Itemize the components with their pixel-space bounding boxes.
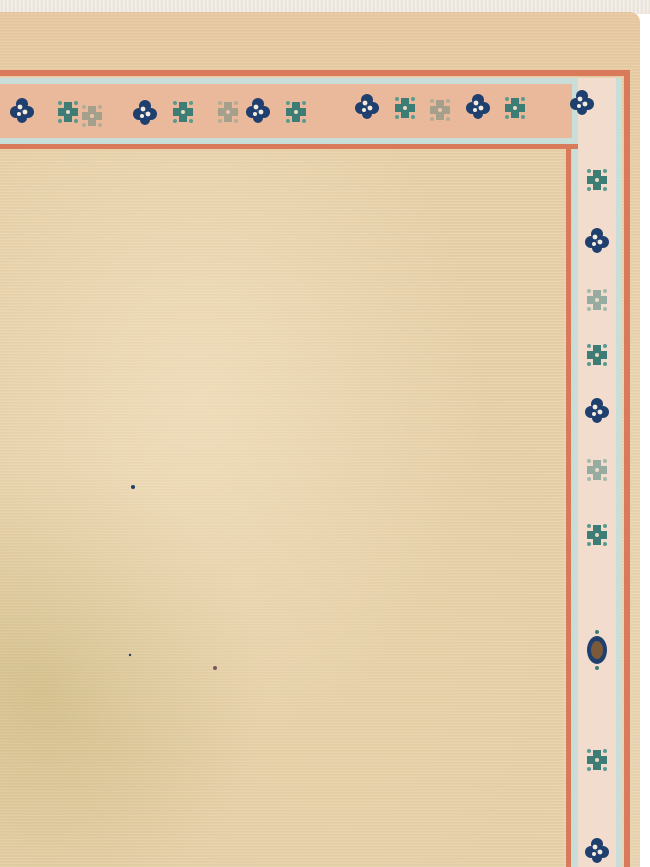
inner-guard-stripe-right bbox=[566, 144, 571, 867]
outer-guard-stripe-top bbox=[0, 70, 630, 76]
border-band-top bbox=[0, 78, 622, 144]
inner-guard-stripe-top bbox=[0, 144, 578, 149]
outer-guard-stripe-right bbox=[624, 70, 630, 867]
rug-field bbox=[0, 150, 564, 867]
border-band-right bbox=[572, 78, 622, 867]
